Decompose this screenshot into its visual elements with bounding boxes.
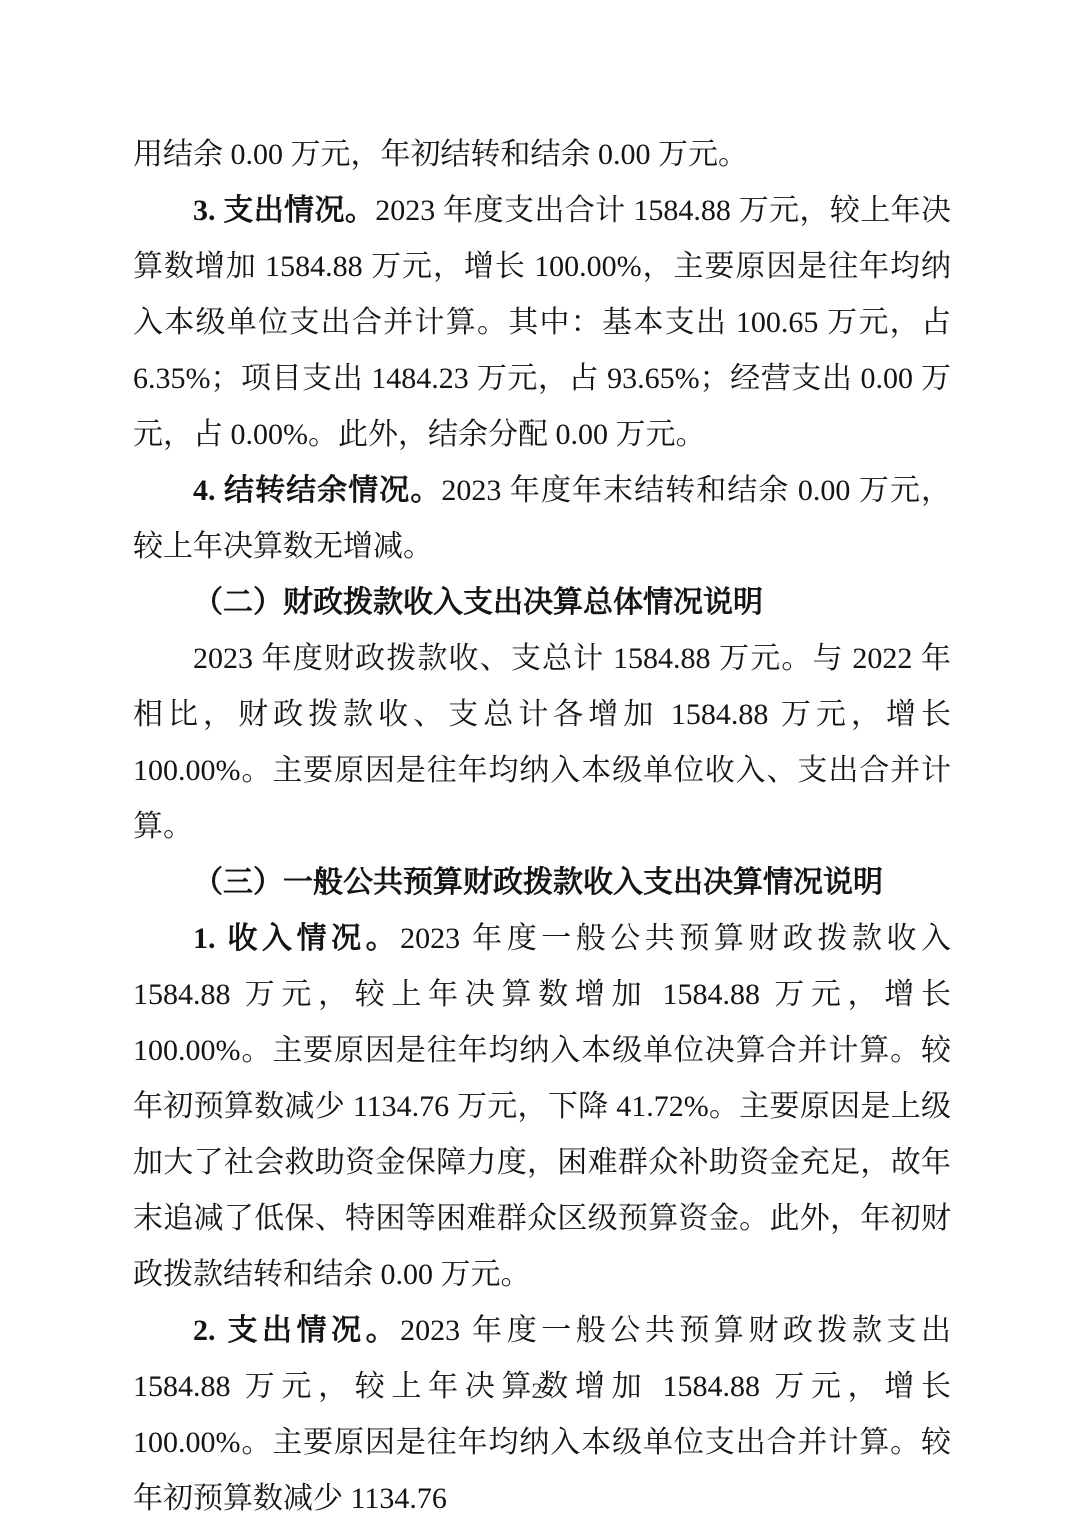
paragraph-text: 2023 年度财政拨款收、支总计 1584.88 万元。与 2022 年相比，财…: [133, 642, 951, 843]
paragraph-lead: 4. 结转结余情况。: [193, 474, 441, 507]
paragraph-expenditure-overview: 3. 支出情况。2023 年度支出合计 1584.88 万元，较上年决算数增加 …: [133, 183, 951, 463]
heading-text: （二）财政拨款收入支出决算总体情况说明: [193, 586, 763, 619]
heading-text: （三）一般公共预算财政拨款收入支出决算情况说明: [193, 866, 883, 899]
paragraph-lead: 1. 收入情况。: [193, 922, 400, 955]
paragraph-text: 用结余 0.00 万元，年初结转和结余 0.00 万元。: [133, 138, 748, 171]
section-heading-3: （三）一般公共预算财政拨款收入支出决算情况说明: [133, 855, 951, 911]
page-footer: 2: [0, 1378, 1074, 1404]
paragraph-fiscal-appropriation-total: 2023 年度财政拨款收、支总计 1584.88 万元。与 2022 年相比，财…: [133, 631, 951, 855]
paragraph-general-budget-expenditure: 2. 支出情况。2023 年度一般公共预算财政拨款支出 1584.88 万元，较…: [133, 1303, 951, 1520]
paragraph-general-budget-income: 1. 收入情况。2023 年度一般公共预算财政拨款收入 1584.88 万元，较…: [133, 911, 951, 1303]
page-number: 2: [532, 1378, 543, 1403]
document-body: 用结余 0.00 万元，年初结转和结余 0.00 万元。 3. 支出情况。202…: [133, 127, 951, 1520]
section-heading-2: （二）财政拨款收入支出决算总体情况说明: [133, 575, 951, 631]
paragraph-lead: 2. 支出情况。: [193, 1314, 400, 1347]
paragraph-text: 2023 年度一般公共预算财政拨款收入 1584.88 万元，较上年决算数增加 …: [133, 922, 951, 1291]
paragraph-lead: 3. 支出情况。: [193, 194, 375, 227]
document-page: 用结余 0.00 万元，年初结转和结余 0.00 万元。 3. 支出情况。202…: [0, 0, 1074, 1520]
paragraph-carryover-overview: 4. 结转结余情况。2023 年度年末结转和结余 0.00 万元，较上年决算数无…: [133, 463, 951, 575]
paragraph-continuation: 用结余 0.00 万元，年初结转和结余 0.00 万元。: [133, 127, 951, 183]
paragraph-text: 2023 年度支出合计 1584.88 万元，较上年决算数增加 1584.88 …: [133, 194, 951, 451]
